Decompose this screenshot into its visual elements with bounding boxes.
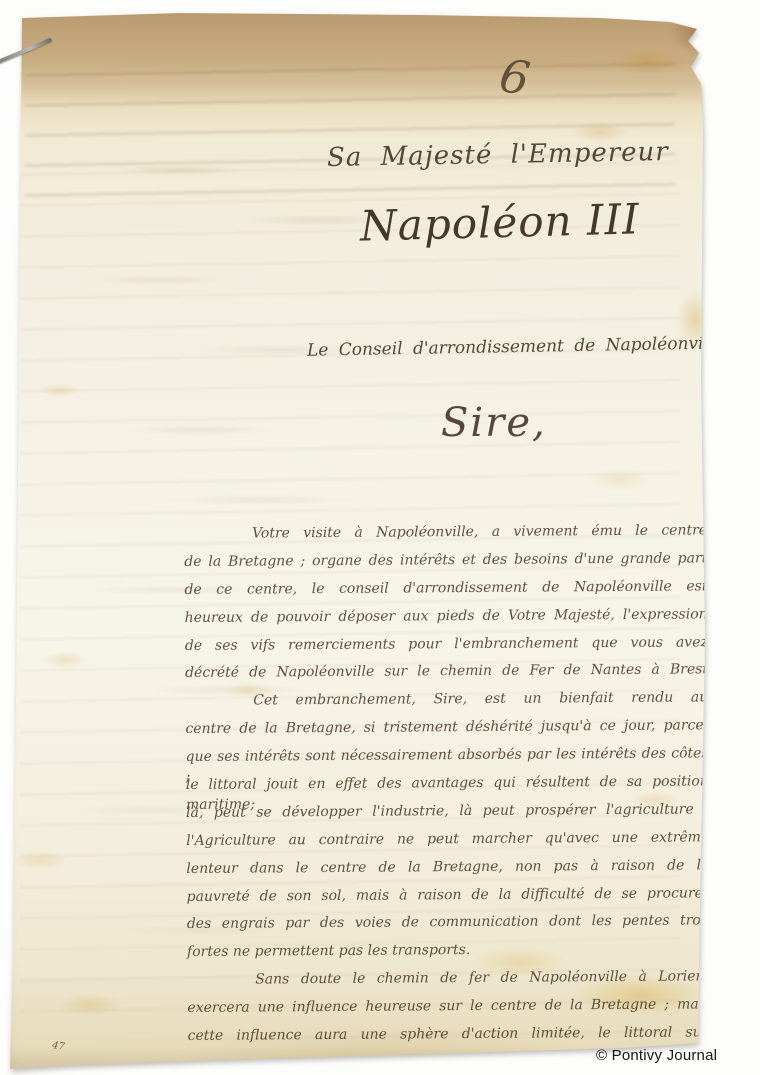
body-line: Votre visite à Napoléonville, a vivement…	[184, 520, 707, 552]
body-line: là, peut se développer l'industrie, là p…	[186, 799, 709, 831]
scanned-document: 6 Sa Majesté l'Empereur Napoléon III Le …	[0, 0, 760, 1075]
body-line: de la Bretagne ; organe des intérêts et …	[184, 548, 707, 580]
body-line: que ses intérêts sont nécessairement abs…	[186, 743, 709, 775]
body-line: de ce centre, le conseil d'arrondissemen…	[184, 576, 707, 608]
page-annotation-bottom: 47	[51, 1040, 65, 1053]
body-line: de ses vifs remerciements pour l'embranc…	[185, 632, 708, 664]
body-line: heureux de pouvoir déposer aux pieds de …	[185, 604, 708, 636]
body-line: pauvreté de son sol, mais à raison de la…	[187, 883, 710, 915]
paper-sheet: 6 Sa Majesté l'Empereur Napoléon III Le …	[0, 0, 760, 1075]
salutation: Sire,	[441, 400, 547, 446]
body-line: Sans doute le chemin de fer de Napoléonv…	[187, 967, 710, 999]
letter-title: Napoléon III	[359, 194, 640, 250]
addressee-line: Sa Majesté l'Empereur	[327, 137, 669, 173]
body-line: des engrais par des voies de communicati…	[187, 911, 710, 943]
body-line: le littoral jouit en effet des avantages…	[186, 771, 709, 803]
letter-body: Votre visite à Napoléonville, a vivement…	[184, 520, 711, 1054]
paper-wrap: 6 Sa Majesté l'Empereur Napoléon III Le …	[0, 0, 760, 1075]
body-line: fortes ne permettent pas les transports.	[187, 939, 710, 971]
body-line: lenteur dans le centre de la Bretagne, n…	[186, 855, 709, 887]
body-line: Cet embranchement, Sire, est un bienfait…	[185, 688, 708, 720]
body-line: décrété de Napoléonville sur le chemin d…	[185, 660, 708, 692]
copyright-watermark: © Pontivy Journal	[596, 1047, 717, 1064]
body-line: centre de la Bretagne, si tristement dés…	[185, 716, 708, 748]
body-line: l'Agriculture au contraire ne peut march…	[186, 827, 709, 859]
body-line: exercera une influence heureuse sur le c…	[187, 994, 710, 1026]
